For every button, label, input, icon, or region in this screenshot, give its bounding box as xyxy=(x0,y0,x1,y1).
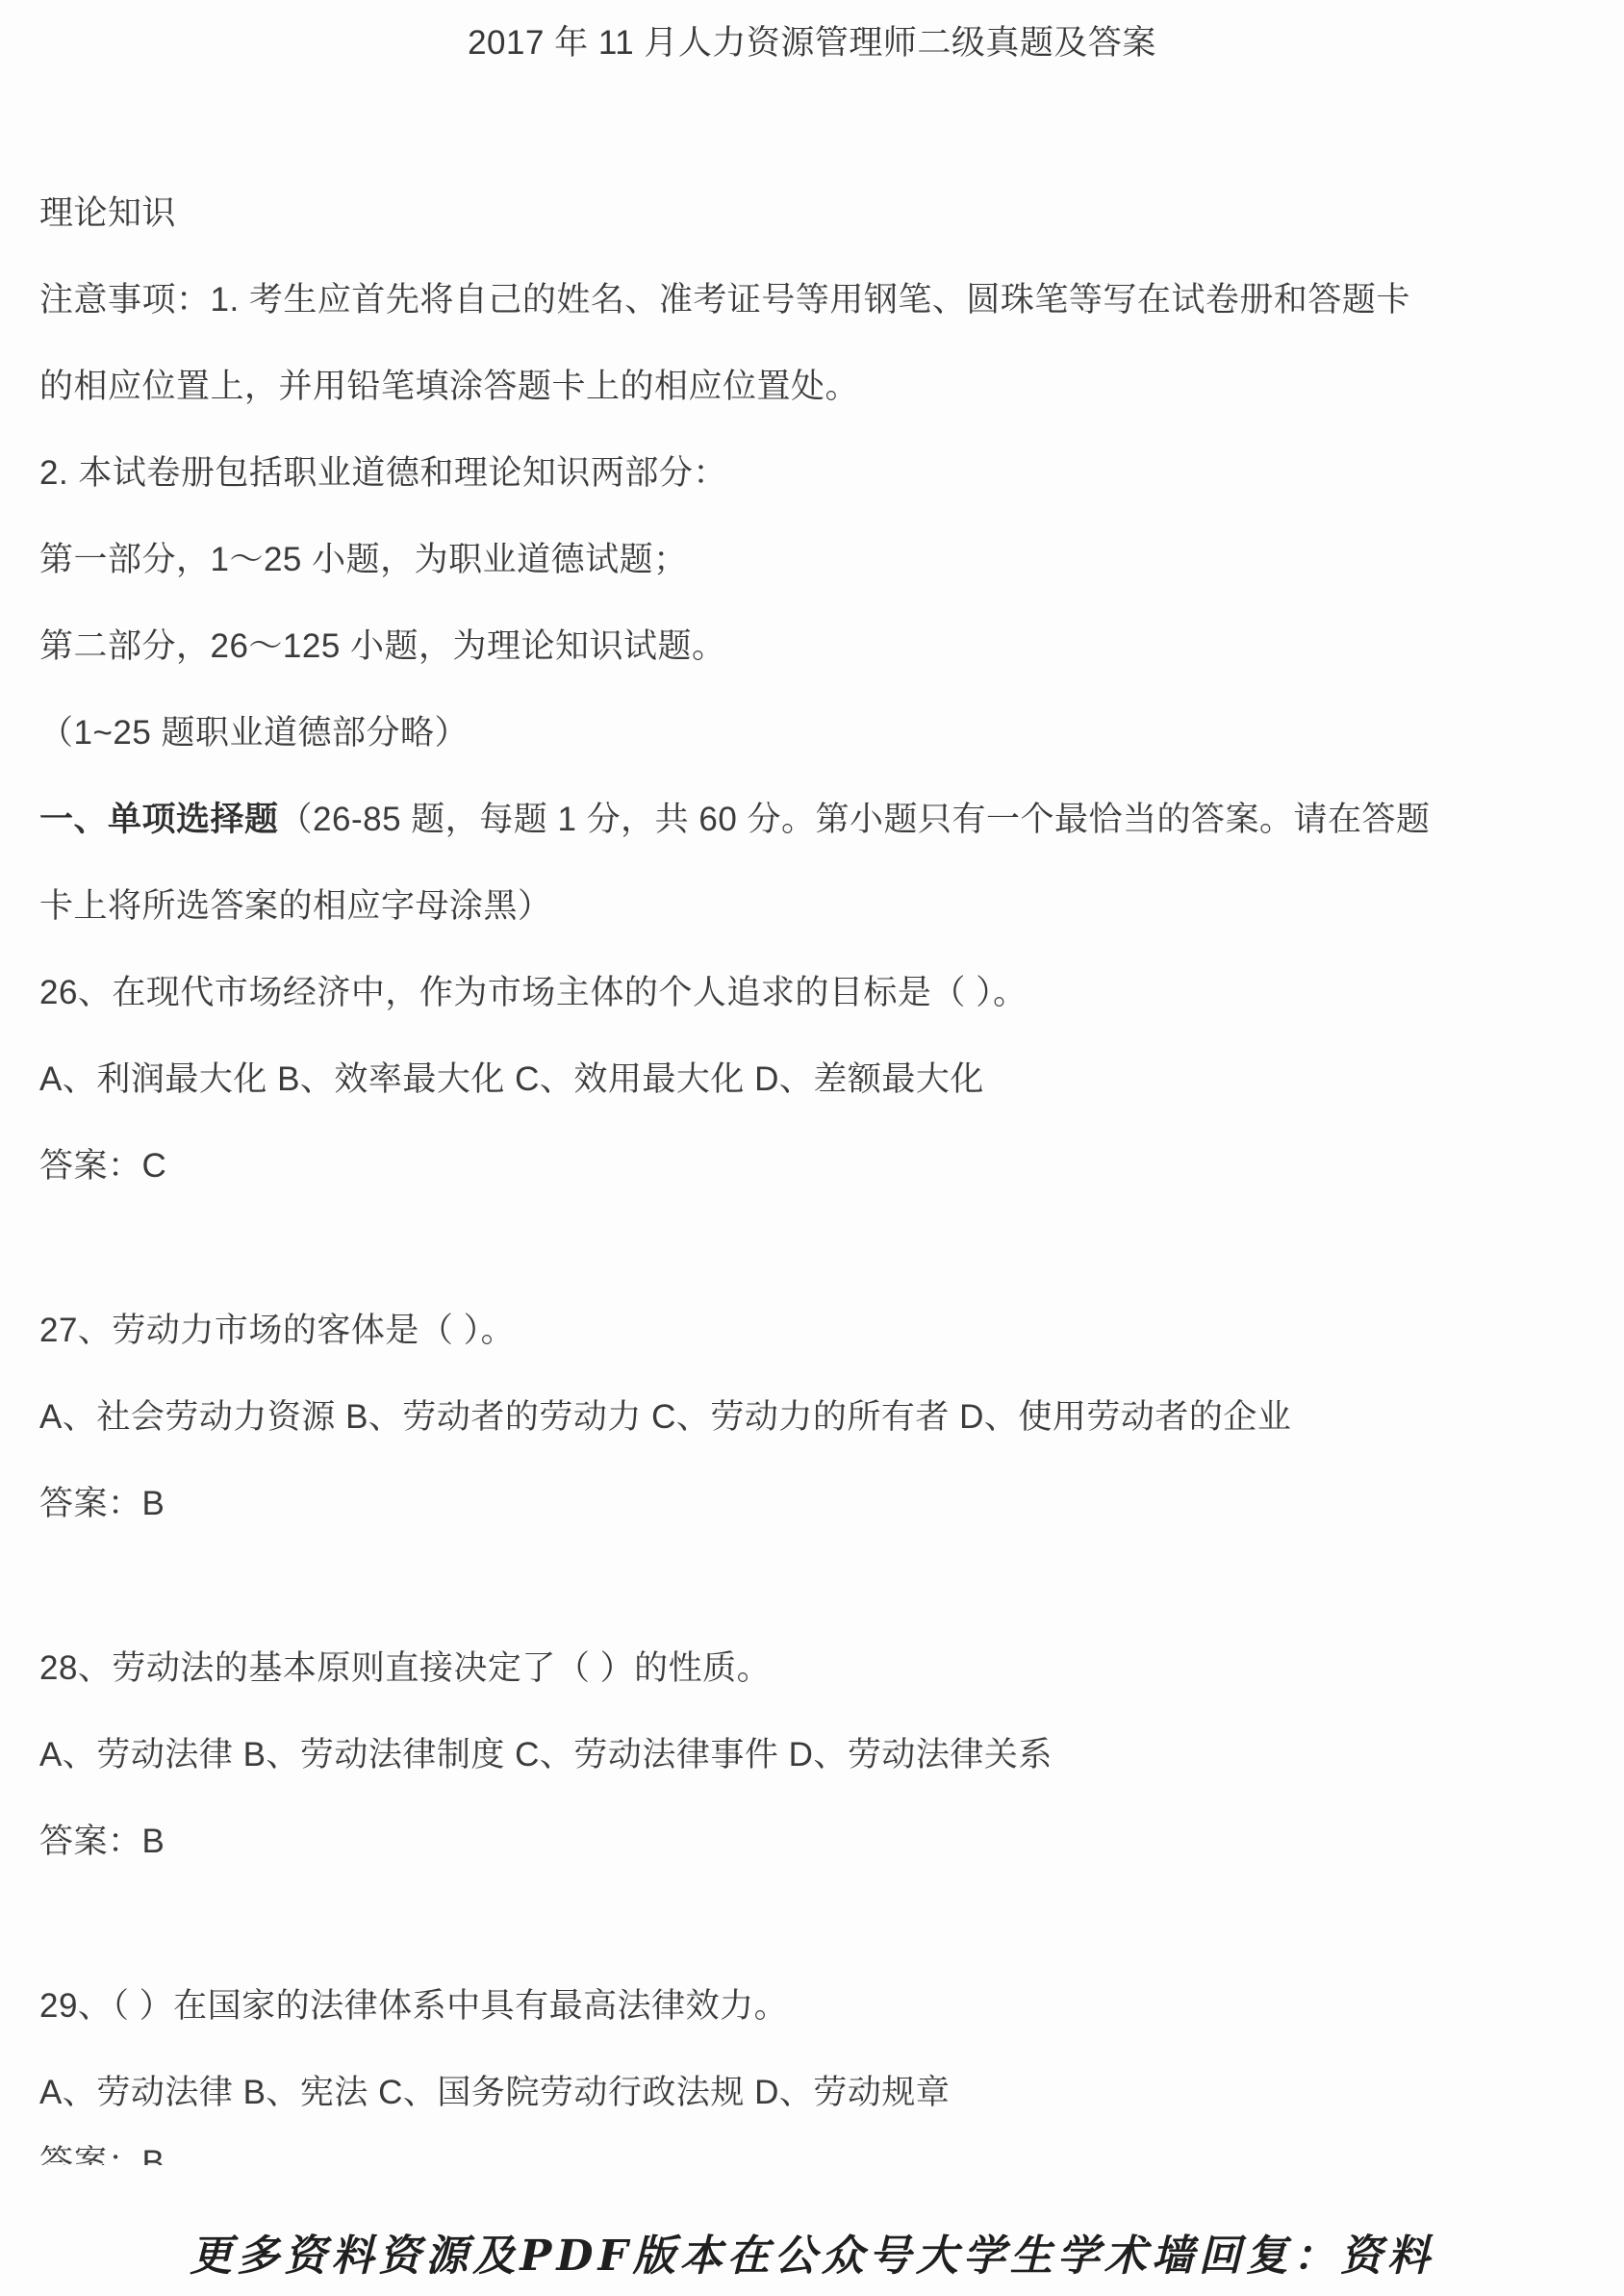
exam-document-page: 2017 年 11 月人力资源管理师二级真题及答案 理论知识 注意事项：1. 考… xyxy=(0,0,1624,2296)
notice-line-2: 的相应位置上，并用铅笔填涂答题卡上的相应位置处。 xyxy=(0,344,1624,430)
question-spacer xyxy=(0,1885,1624,1963)
question-spacer xyxy=(0,1210,1624,1288)
mcq-heading-rest: （26-85 题，每题 1 分，共 60 分。第小题只有一个最恰当的答案。请在答… xyxy=(279,801,1431,838)
question-26-stem: 26、在现代市场经济中，作为市场主体的个人追求的目标是（ ）。 xyxy=(0,950,1624,1036)
skip-note: （1~25 题职业道德部分略） xyxy=(0,690,1624,777)
mcq-heading-bold: 一、单项选择题 xyxy=(39,801,279,838)
question-27-stem: 27、劳动力市场的客体是（ ）。 xyxy=(0,1288,1624,1374)
question-29-answer-cutoff: 答案：B xyxy=(0,2144,1624,2165)
question-29-options: A、劳动法律 B、宪法 C、国务院劳动行政法规 D、劳动规章 xyxy=(0,2050,1624,2136)
question-28-options: A、劳动法律 B、劳动法律制度 C、劳动法律事件 D、劳动法律关系 xyxy=(0,1712,1624,1799)
question-28-answer: 答案：B xyxy=(0,1799,1624,1885)
question-26-answer: 答案：C xyxy=(0,1123,1624,1210)
part1-line: 第一部分，1～25 小题，为职业道德试题； xyxy=(0,517,1624,603)
question-29-stem: 29、（ ）在国家的法律体系中具有最高法律效力。 xyxy=(0,1963,1624,2050)
notice-line-1: 注意事项：1. 考生应首先将自己的姓名、准考证号等用钢笔、圆珠笔等写在试卷册和答… xyxy=(0,257,1624,344)
doc-title: 2017 年 11 月人力资源管理师二级真题及答案 xyxy=(0,0,1624,87)
notice-line-3: 2. 本试卷册包括职业道德和理论知识两部分： xyxy=(0,430,1624,517)
question-26-options: A、利润最大化 B、效率最大化 C、效用最大化 D、差额最大化 xyxy=(0,1036,1624,1123)
question-27-answer: 答案：B xyxy=(0,1461,1624,1547)
question-27-options: A、社会劳动力资源 B、劳动者的劳动力 C、劳动力的所有者 D、使用劳动者的企业 xyxy=(0,1374,1624,1461)
footer-promo-note: 更多资料资源及PDF版本在公众号大学生学术墙回复：资料 xyxy=(0,2221,1624,2283)
section-heading: 理论知识 xyxy=(0,170,1624,257)
question-spacer xyxy=(0,1547,1624,1625)
title-spacer xyxy=(0,87,1624,170)
mcq-heading-line-2: 卡上将所选答案的相应字母涂黑） xyxy=(0,863,1624,950)
part2-line: 第二部分，26～125 小题，为理论知识试题。 xyxy=(0,603,1624,690)
mcq-heading-line-1: 一、单项选择题（26-85 题，每题 1 分，共 60 分。第小题只有一个最恰当… xyxy=(0,777,1624,863)
question-28-stem: 28、劳动法的基本原则直接决定了（ ）的性质。 xyxy=(0,1625,1624,1712)
